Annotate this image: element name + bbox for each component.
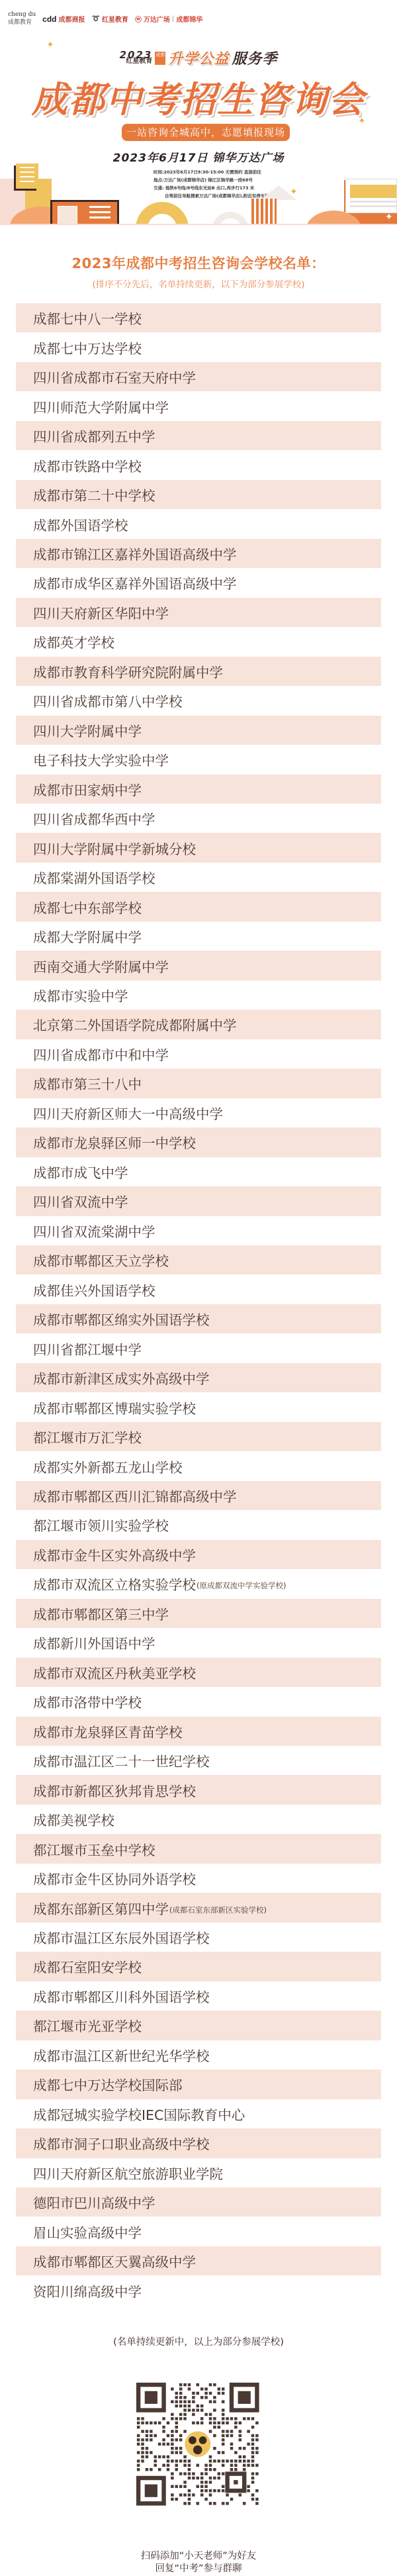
school-list-item: 四川大学附属中学 (16, 716, 381, 745)
school-list-item: 都江堰市玉垒中学校 (16, 1834, 381, 1863)
hongxing-swirl-icon: ➰ (91, 15, 99, 23)
school-list-note: (排序不分先后，名单持续更新，以下为部分参展学校) (0, 277, 397, 290)
school-list-item: 成都市新都区狄邦肯思学校 (16, 1775, 381, 1804)
school-name: 成都七中万达学校 (33, 338, 142, 358)
pencil-icon (251, 199, 277, 225)
school-list-item: 成都市铁路中学校 (16, 450, 381, 479)
school-list-item: 都江堰市万汇学校 (16, 1422, 381, 1451)
school-name: 都江堰市光亚学校 (33, 2015, 142, 2035)
school-name: 成都新川外国语中学 (33, 1633, 155, 1652)
school-list-item: 成都美视学校 (16, 1805, 381, 1834)
school-list-item: 西南交通大学附属中学 (16, 951, 381, 980)
school-list-item: 成都市金牛区协同外语学校 (16, 1864, 381, 1893)
school-name: 成都市金牛区实外高级中学 (33, 1545, 196, 1564)
school-list-item: 四川省成都列五中学 (16, 421, 381, 450)
school-list-item: 成都市温江区新世纪光华学校 (16, 2040, 381, 2070)
school-list-item: 成都外国语学校 (16, 509, 381, 538)
school-list-item: 四川省成都市第八中学校 (16, 686, 381, 715)
school-list-item: 成都市锦江区嘉祥外国语高级中学 (16, 539, 381, 568)
season-tail: 服务季 (232, 48, 277, 68)
school-name: 成都七中东部学校 (33, 897, 142, 917)
school-name: 四川省成都市石室天府中学 (33, 367, 196, 387)
chengdu-logo: cheng du 成都教育 (8, 12, 36, 26)
hongxing-education-logo: ➰ 红星教育 (91, 14, 128, 24)
slogan-badge: 一站咨询全城高中，志愿填报现场指导 (122, 124, 290, 141)
school-list-item: 四川师范大学附属中学 (16, 391, 381, 420)
school-name: 都江堰市万汇学校 (33, 1427, 142, 1447)
decor-triangle (260, 185, 297, 200)
wanda-plaza-logo: ⓦ 万达广场 | 成都锦华 (135, 14, 202, 24)
school-name: 四川省成都列五中学 (33, 426, 155, 446)
school-name: 成都市铁路中学校 (33, 455, 142, 475)
school-name: 成都市龙泉驿区师一中学校 (33, 1132, 196, 1152)
school-name: 四川大学附属中学新城分校 (33, 838, 196, 858)
school-name: 四川天府新区师大一中高级中学 (33, 1103, 223, 1123)
school-name: 成都市龙泉驿区青苗学校 (33, 1721, 183, 1741)
school-name: 成都市郫都区天立学校 (33, 1250, 169, 1270)
season-highlight: 升学公益 (168, 48, 229, 68)
school-name: 成都市郫都区第三中学 (33, 1603, 169, 1623)
school-list-item: 成都市郫都区川科外国语学校 (16, 1981, 381, 2011)
school-name: 成都市温江区二十一世纪学校 (33, 1750, 210, 1770)
wanda-circle-icon: ⓦ (135, 14, 142, 24)
logo-branch: 成都锦华 (176, 14, 202, 24)
school-name: 成都市第三十八中 (33, 1073, 142, 1093)
school-name: 成都东部新区第四中学 (33, 1898, 169, 1918)
school-list-item: 成都市洞子口职业高级中学校 (16, 2128, 381, 2158)
school-name: 成都市新都区狄邦肯思学校 (33, 1780, 196, 1800)
school-name: 成都英才学校 (33, 632, 114, 651)
page-title: 成都中考招生咨询会 (0, 72, 397, 122)
school-name: 成都市第二十中学校 (33, 485, 155, 504)
school-list-item: 成都市成飞中学 (16, 1157, 381, 1186)
school-name: 德阳市巴川高级中学 (33, 2192, 155, 2212)
school-list: 成都七中八一学校成都七中万达学校四川省成都市石室天府中学四川师范大学附属中学四川… (16, 303, 381, 2305)
school-name: 四川省都江堰中学 (33, 1339, 142, 1359)
event-date-venue: 2023年6月17日 锦华万达广场 (0, 148, 397, 165)
school-list-item: 四川天府新区师大一中高级中学 (16, 1098, 381, 1127)
decor-ring (136, 202, 189, 225)
school-name: 成都市金牛区协同外语学校 (33, 1868, 196, 1888)
decor-floor (0, 224, 397, 225)
chengdu-shangbao-logo: cdd 成都商报 (42, 14, 85, 24)
event-poster-banner: cheng du 成都教育 cdd 成都商报 ➰ 红星教育 ⓦ 万达广场 | 成… (0, 0, 397, 225)
logo-mark: cdd (42, 15, 56, 24)
image-placeholder-icon (58, 206, 77, 224)
school-name: 成都市郫都区西川汇锦都高级中学 (33, 1486, 237, 1505)
school-name: 成都石室阳安学校 (33, 1956, 142, 1976)
scan-line-1: 扫码添加“小天老师”为好友 (0, 2550, 397, 2563)
school-list-item: 成都市成华区嘉祥外国语高级中学 (16, 568, 381, 597)
school-list-item: 成都市第三十八中 (16, 1069, 381, 1098)
school-list-item: 都江堰市领川实验学校 (16, 1510, 381, 1539)
school-list-item: 四川省成都华西中学 (16, 804, 381, 833)
school-list-item: 成都市郫都区绵实外国语学校 (16, 1304, 381, 1333)
event-info: 时间:2023年6月17日9:30-15:00 无需预约 直接前往 地点:万达广… (154, 168, 269, 200)
school-list-item: 成都市双流区立格实验学校(原成都双流中学实验学校) (16, 1569, 381, 1598)
school-list-item: 成都实外新都五龙山学校 (16, 1451, 381, 1480)
school-name: 成都市成飞中学 (33, 1162, 128, 1182)
school-list-item: 四川天府新区华阳中学 (16, 598, 381, 627)
school-list-item: 四川天府新区航空旅游职业学院 (16, 2158, 381, 2187)
school-name: 四川省成都市中和中学 (33, 1044, 169, 1064)
sparkle-icon: ✦ (385, 212, 393, 222)
school-list-item: 成都市实验中学 (16, 980, 381, 1010)
school-name: 成都冠城实验学校IEC国际教育中心 (33, 2104, 245, 2124)
service-season-heading: 2023 红星教育 成都 升学公益 服务季 (0, 48, 397, 68)
school-name: 成都市温江区新世纪光华学校 (33, 2045, 210, 2065)
school-list-item: 成都市郫都区天立学校 (16, 1245, 381, 1274)
school-name: 成都市洛带中学校 (33, 1692, 142, 1711)
school-list-item: 四川省双流中学 (16, 1186, 381, 1216)
school-name: 四川省成都华西中学 (33, 808, 155, 828)
scan-line-2: 回复“中考”参与群聊 (0, 2563, 397, 2575)
school-list-item: 成都佳兴外国语学校 (16, 1274, 381, 1304)
season-year-block: 2023 红星教育 (120, 52, 153, 65)
school-name: 北京第二外国语学院成都附属中学 (33, 1014, 237, 1034)
school-list-item: 成都市郫都区博瑞实验学校 (16, 1392, 381, 1421)
school-name: 四川省成都市第八中学校 (33, 691, 183, 710)
school-list-item: 成都七中东部学校 (16, 892, 381, 921)
school-list-item: 成都市洛带中学校 (16, 1687, 381, 1716)
school-name: 成都市教育科学研究院附属中学 (33, 661, 223, 681)
school-name: 成都市郫都区绵实外国语学校 (33, 1309, 210, 1329)
school-name: 成都市郫都区博瑞实验学校 (33, 1398, 196, 1417)
school-name: 成都市洞子口职业高级中学校 (33, 2133, 210, 2153)
sponsor-logos: cheng du 成都教育 cdd 成都商报 ➰ 红星教育 ⓦ 万达广场 | 成… (8, 12, 202, 26)
school-name: 四川大学附属中学 (33, 720, 142, 740)
school-list-item: 成都七中八一学校 (16, 303, 381, 332)
school-name: 成都棠湖外国语学校 (33, 867, 155, 887)
envelope-card-icon (345, 179, 397, 213)
season-year: 2023 (120, 52, 153, 58)
school-list-item: 四川省成都市中和中学 (16, 1039, 381, 1069)
school-list-item: 成都市新津区成实外高级中学 (16, 1363, 381, 1392)
school-former-name: (原成都双流中学实验学校) (197, 1580, 286, 1591)
school-list-item: 成都市温江区二十一世纪学校 (16, 1746, 381, 1775)
school-name: 成都美视学校 (33, 1809, 114, 1829)
school-name: 成都市田家炳中学 (33, 779, 142, 799)
school-name: 四川省双流中学 (33, 1191, 128, 1211)
school-list-item: 成都市龙泉驿区青苗学校 (16, 1717, 381, 1746)
school-name: 都江堰市领川实验学校 (33, 1515, 169, 1535)
school-list-item: 电子科技大学实验中学 (16, 745, 381, 774)
school-name: 资阳川绵高级中学 (33, 2281, 142, 2301)
school-name: 成都市实验中学 (33, 985, 128, 1005)
decor-ring (212, 212, 249, 225)
school-list-item: 成都市郫都区第三中学 (16, 1599, 381, 1628)
school-name: 成都市郫都区川科外国语学校 (33, 1986, 210, 2006)
logo-text: 万达广场 (144, 14, 170, 24)
school-name: 成都市成华区嘉祥外国语高级中学 (33, 573, 237, 593)
school-list-item: 成都市郫都区西川汇锦都高级中学 (16, 1481, 381, 1510)
school-name: 成都佳兴外国语学校 (33, 1280, 155, 1300)
document-icon (16, 164, 38, 189)
school-list-item: 成都七中万达学校国际部 (16, 2070, 381, 2099)
school-list-item: 四川省双流棠湖中学 (16, 1216, 381, 1245)
school-list-item: 成都冠城实验学校IEC国际教育中心 (16, 2099, 381, 2128)
school-name: 成都七中八一学校 (33, 308, 142, 328)
logo-text: cheng du (8, 12, 36, 18)
school-list-item: 成都市郫都区天翼高级中学 (16, 2246, 381, 2275)
logo-divider: | (172, 15, 174, 23)
school-name: 成都市郫都区天翼高级中学 (33, 2251, 196, 2271)
school-list-item: 四川大学附属中学新城分校 (16, 833, 381, 862)
school-name: 电子科技大学实验中学 (33, 749, 169, 769)
school-list-item: 成都大学附属中学 (16, 922, 381, 951)
school-list-item: 成都市第二十中学校 (16, 480, 381, 509)
school-name: 都江堰市玉垒中学校 (33, 1839, 155, 1859)
school-list-item: 成都新川外国语中学 (16, 1628, 381, 1657)
logo-text: 成都教育 (8, 20, 32, 26)
event-transport: 交通: 地铁6号线/8号线东光站B 出口,再步行173 米 (154, 184, 269, 192)
school-list-item: 四川省成都市石室天府中学 (16, 362, 381, 391)
school-name: 西南交通大学附属中学 (33, 956, 169, 976)
school-name: 眉山实验高级中学 (33, 2222, 142, 2242)
school-name: 成都七中万达学校国际部 (33, 2074, 183, 2094)
school-list-item: 成都市温江区东辰外国语学校 (16, 1923, 381, 1952)
school-former-name: (成都石室东部新区实验学校) (169, 1905, 267, 1915)
school-name: 成都市双流区立格实验学校 (33, 1574, 196, 1594)
chengdu-stamp: 成都 (155, 52, 165, 65)
logo-text: 成都商报 (58, 14, 85, 24)
school-list-item: 成都市金牛区实外高级中学 (16, 1540, 381, 1569)
school-list-item: 德阳市巴川高级中学 (16, 2187, 381, 2217)
school-name: 成都大学附属中学 (33, 926, 142, 946)
school-name: 成都市温江区东辰外国语学校 (33, 1927, 210, 1947)
school-name: 成都市双流区丹秋美亚学校 (33, 1662, 196, 1682)
open-book-icon (50, 200, 119, 225)
school-name: 四川天府新区华阳中学 (33, 602, 169, 622)
school-name: 四川省双流棠湖中学 (33, 1221, 155, 1241)
school-name: 成都市锦江区嘉祥外国语高级中学 (33, 544, 237, 563)
event-time: 时间:2023年6月17日9:30-15:00 无需预约 直接前往 (154, 168, 269, 176)
school-list-item: 成都棠湖外国语学校 (16, 863, 381, 892)
school-list-title: 2023年成都中考招生咨询会学校名单： (0, 253, 397, 273)
school-list-item: 成都东部新区第四中学(成都石室东部新区实验学校) (16, 1893, 381, 1922)
school-list-item: 成都英才学校 (16, 627, 381, 656)
school-list-item: 成都市双流区丹秋美亚学校 (16, 1658, 381, 1687)
school-list-item: 都江堰市光亚学校 (16, 2011, 381, 2040)
school-name: 成都外国语学校 (33, 514, 128, 534)
school-list-item: 资阳川绵高级中学 (16, 2275, 381, 2305)
logo-text: 红星教育 (102, 14, 128, 24)
school-list-item: 北京第二外国语学院成都附属中学 (16, 1010, 381, 1039)
scan-instructions: 扫码添加“小天老师”为好友 回复“中考”参与群聊 (0, 2550, 397, 2575)
school-list-item: 成都石室阳安学校 (16, 1952, 381, 1981)
event-place: 地点:万达广场(成都锦华店) 锦江区锦华路一段68号 (154, 176, 269, 184)
school-list-item: 成都七中万达学校 (16, 332, 381, 361)
school-name: 四川天府新区航空旅游职业学院 (33, 2163, 223, 2183)
school-list-item: 成都市教育科学研究院附属中学 (16, 657, 381, 686)
school-list-item: 成都市田家炳中学 (16, 775, 381, 804)
season-brand: 红星教育 (126, 58, 152, 65)
school-list-item: 成都市龙泉驿区师一中学校 (16, 1127, 381, 1157)
school-name: 成都市新津区成实外高级中学 (33, 1368, 210, 1388)
school-name: 四川师范大学附属中学 (33, 397, 169, 416)
footer-note: (名单持续更新中，以上为部分参展学校) (0, 2334, 397, 2348)
school-name: 成都实外新都五龙山学校 (33, 1456, 183, 1476)
qr-code-icon[interactable] (135, 2381, 263, 2530)
school-list-item: 四川省都江堰中学 (16, 1333, 381, 1362)
school-list-item: 眉山实验高级中学 (16, 2217, 381, 2246)
